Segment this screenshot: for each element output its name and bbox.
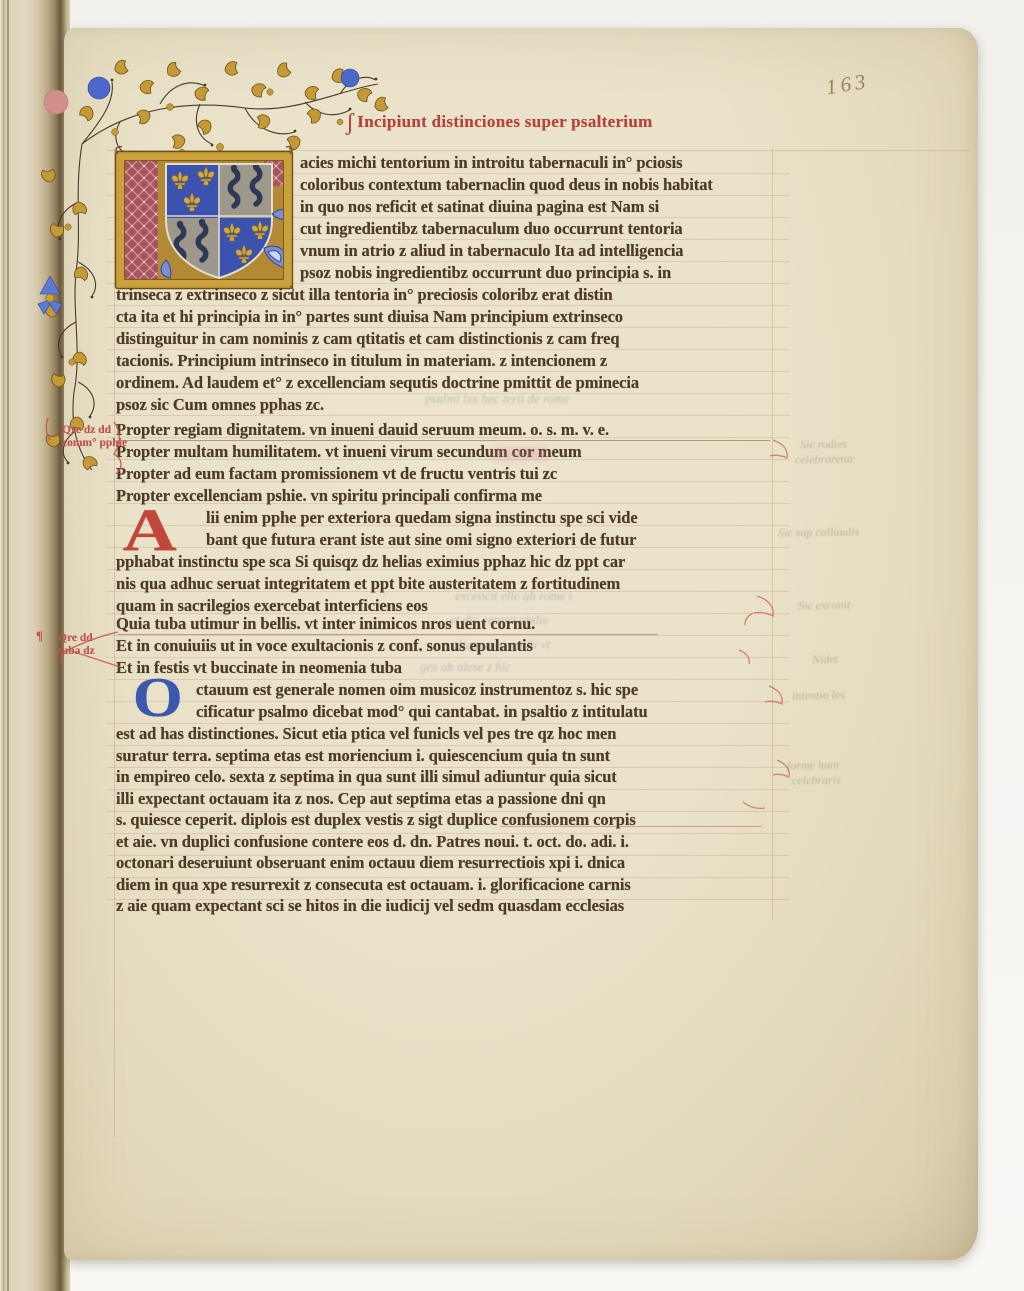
- text-line: Propter excellenciam pshie. vn spiritu p…: [116, 485, 609, 507]
- showthrough-text: psalmi lxx hec terti de rome: [425, 391, 569, 407]
- rubric-flourish: ʃ: [346, 110, 354, 136]
- text-line: s. quiesce ceperit. diplois est duplex v…: [116, 809, 636, 831]
- showthrough-note: forme hunt: [787, 758, 840, 774]
- text-line: tacionis. Principium intrinseco in titul…: [116, 350, 639, 372]
- underline: [118, 440, 770, 441]
- text-line: psoz nobis ingredientibz occurrunt duo p…: [300, 262, 713, 284]
- text-line: pphabat instinctu spe sca Si quisqz dz h…: [116, 551, 625, 573]
- illuminated-initial-F: [114, 148, 296, 294]
- left-margin-red-brackets: [28, 412, 128, 692]
- text-line: bant que futura erant iste aut sine omi …: [206, 529, 638, 551]
- blue-bezant-2: [341, 69, 359, 87]
- initial-O: O: [133, 666, 183, 730]
- paragraph-octauum-indent: ctauum est generale nomen oim musicoz in…: [196, 679, 648, 723]
- paragraph-alii-full: pphabat instinctu spe sca Si quisqz dz h…: [116, 551, 625, 617]
- text-line: octonari deseruiunt obseruant enim octau…: [116, 852, 636, 874]
- text-line: illi expectant octauam ita z nos. Cep au…: [116, 788, 636, 810]
- paragraph-facies-indent: acies michi tentorium in introitu tabern…: [300, 152, 713, 284]
- blue-bezant: [88, 77, 110, 99]
- showthrough-text: et dic ceraro abtlie: [450, 612, 549, 628]
- text-line: et aie. vn duplici confusione contere eo…: [116, 831, 636, 853]
- showthrough-note: Sic rodies: [800, 437, 847, 453]
- text-line: cta ita et hi principia in in° partes su…: [116, 306, 639, 328]
- text-line: in empireo celo. sexta z septima in qua …: [116, 766, 636, 788]
- rubric-text: Incipiunt distinciones super psalterium: [357, 112, 652, 131]
- showthrough-note: Sic sup collaudis: [778, 524, 860, 540]
- text-line: coloribus contextum tabernaclin quod deu…: [300, 174, 713, 196]
- rubric-heading: ʃIncipiunt distinciones super psalterium: [346, 110, 653, 137]
- showthrough-note: Sic exconit: [798, 598, 851, 614]
- text-line: z aie quam expectant sci se hitos in die…: [116, 895, 636, 917]
- text-line: cut ingredientibz tabernaculum duo occur…: [300, 218, 713, 240]
- text-line: est ad has distinctiones. Sicut etia pti…: [116, 723, 636, 745]
- text-line: trinseca z extrinseco z sicut illa tento…: [116, 284, 639, 306]
- text-line: cificatur psalmo dicebat mod° qui cantab…: [196, 701, 648, 723]
- showthrough-note: intentio les: [792, 688, 845, 704]
- showthrough-note: celebraris: [792, 773, 841, 789]
- paragraph-alii-indent: lii enim pphe per exteriora quedam signa…: [206, 507, 638, 551]
- paragraph-octauum-full: est ad has distinctiones. Sicut etia pti…: [116, 723, 636, 917]
- text-line: acies michi tentorium in introitu tabern…: [300, 152, 713, 174]
- underline: [118, 634, 658, 635]
- paragraph-propter-list: Propter regiam dignitatem. vn inueni dau…: [116, 419, 609, 507]
- showthrough-note: celebraretur: [795, 451, 855, 467]
- text-line: diem in qua xpe resurrexit z consecuta e…: [116, 874, 636, 896]
- showthrough-text: aliqan ce rocolit vt: [452, 637, 550, 653]
- text-line: Propter regiam dignitatem. vn inueni dau…: [116, 419, 609, 441]
- manuscript-photo: { "folio_number": "163", "rubric": { "fl…: [0, 0, 1024, 1291]
- text-line: Propter ad eum factam promissionem vt de…: [116, 463, 609, 485]
- text-line: lii enim pphe per exteriora quedam signa…: [206, 507, 638, 529]
- showthrough-note: Nidet: [812, 652, 838, 667]
- text-line: in quo nos reficit et satinat diuina pag…: [300, 196, 713, 218]
- text-line: vnum in atrio z aliud in tabernaculo Ita…: [300, 240, 713, 262]
- text-line: ctauum est generale nomen oim musicoz in…: [196, 679, 648, 701]
- text-line: suratur terra. septima etas est morienci…: [116, 745, 636, 767]
- text-line: distinguitur in cam nominis z cam qtitat…: [116, 328, 639, 350]
- showthrough-text: ges ab uiese z hic: [420, 659, 511, 675]
- showthrough-text: exceocit elle ab rome t: [455, 588, 572, 604]
- pink-bezant: [44, 90, 68, 114]
- pink-smudge: [492, 448, 548, 460]
